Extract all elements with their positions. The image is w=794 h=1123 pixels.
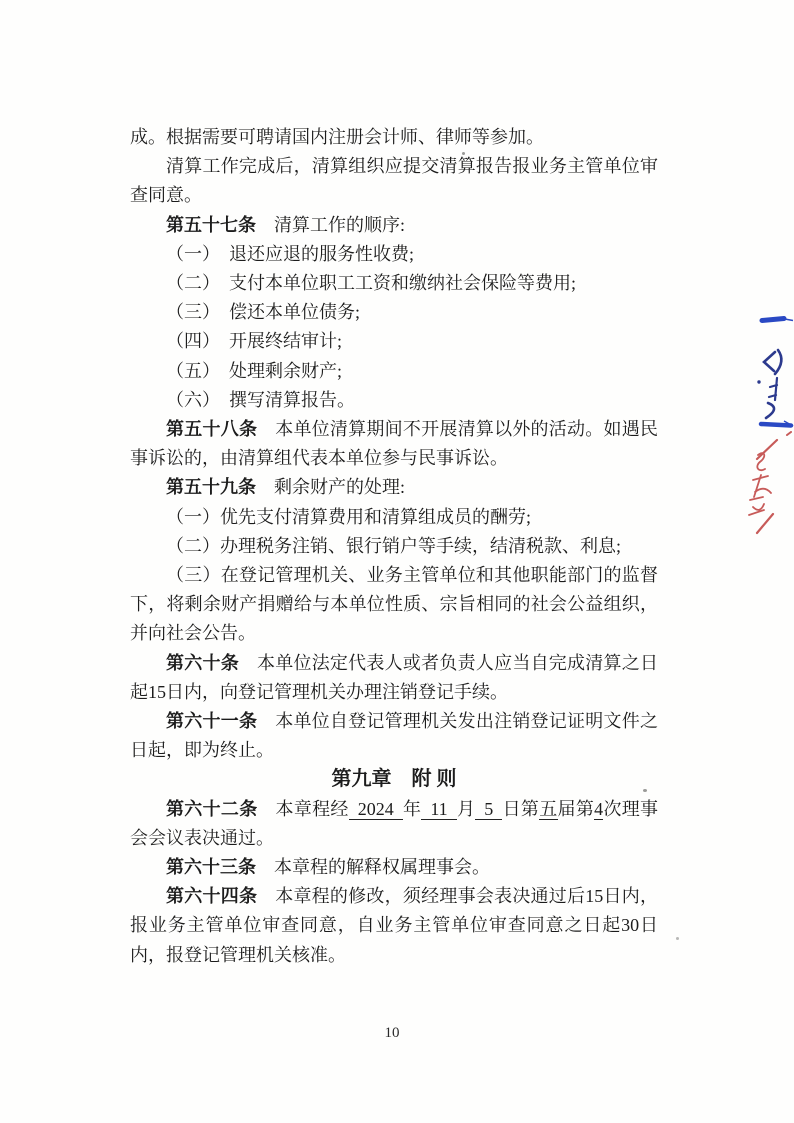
list-item: （六） 撰写清算报告。 [130, 386, 658, 415]
paragraph-article-63: 第六十三条本章程的解释权属理事会。 [130, 853, 658, 882]
article-number: 第六十四条 [166, 886, 275, 906]
scan-speck [462, 152, 465, 155]
list-item: （一）优先支付清算费用和清算组成员的酬劳; [130, 503, 658, 532]
list-item: （三）在登记管理机关、业务主管单位和其他职能部门的监督下，将剩余财产捐赠给与本单… [130, 561, 658, 649]
paragraph-text: 剩余财产的处理: [274, 477, 405, 497]
vote-day-value: 5 [475, 799, 502, 820]
blue-handwriting-stroke [764, 352, 775, 371]
paragraph-text: （一）优先支付清算费用和清算组成员的酬劳; [166, 507, 531, 527]
blue-pen-marks [757, 319, 793, 427]
paragraph-text: 本章程的解释权属理事会。 [274, 857, 490, 877]
paragraph-text: （三）在登记管理机关、业务主管单位和其他职能部门的监督下，将剩余财产捐赠给与本单… [130, 565, 658, 643]
paragraph-text: 清算工作的顺序: [274, 215, 405, 235]
margin-ink-marks [728, 308, 794, 548]
blue-handwriting-stroke [769, 378, 777, 400]
paragraph-text: （六） 撰写清算报告。 [166, 390, 355, 410]
paragraph-article-62: 第六十二条本章程经2024年11月5日第五届第4次理事会会议表决通过。 [130, 795, 658, 853]
blue-handwriting-stroke [775, 350, 781, 374]
paragraph-article-57: 第五十七条清算工作的顺序: [130, 211, 658, 240]
paragraph-text: 成。根据需要可聘请国内注册会计师、律师等参加。 [130, 127, 544, 147]
vote-year-value: 2024 [349, 799, 403, 820]
article-number: 第五十八条 [166, 419, 275, 439]
chapter-heading: 第九章 附 则 [130, 765, 658, 794]
red-handwriting-stroke [749, 497, 764, 515]
list-item: （二）办理税务注销、银行销户等手续，结清税款、利息; [130, 532, 658, 561]
paragraph: 清算工作完成后，清算组织应提交清算报告报业务主管单位审查同意。 [130, 152, 658, 210]
paragraph-text: （四） 开展终结审计; [166, 331, 342, 351]
vote-month-value: 11 [421, 799, 456, 820]
list-item: （四） 开展终结审计; [130, 327, 658, 356]
red-ink-marks [749, 432, 791, 533]
blue-dash-mark [761, 424, 791, 426]
list-item: （一） 退还应退的服务性收费; [130, 240, 658, 269]
council-session-value: 五 [539, 799, 557, 820]
red-handwriting-stroke [757, 440, 777, 459]
paragraph-article-61: 第六十一条本单位自登记管理机关发出注销登记证明文件之日起，即为终止。 [130, 707, 658, 765]
red-handwriting-stroke [757, 514, 773, 533]
red-handwriting-stroke [753, 475, 771, 497]
paragraph-text: 年 [403, 799, 422, 819]
meeting-number-value: 4 [594, 799, 603, 820]
document-page: 成。根据需要可聘请国内注册会计师、律师等参加。 清算工作完成后，清算组织应提交清… [0, 0, 794, 1123]
article-number: 第六十条 [166, 653, 257, 673]
scan-speck [643, 789, 647, 792]
scan-speck [676, 937, 679, 940]
paragraph-article-58: 第五十八条本单位清算期间不开展清算以外的活动。如遇民事诉讼的，由清算组代表本单位… [130, 415, 658, 473]
paragraph-text: （二） 支付本单位职工工资和缴纳社会保险等费用; [166, 273, 576, 293]
blue-handwriting-stroke [766, 403, 774, 418]
paragraph-text: （一） 退还应退的服务性收费; [166, 244, 414, 264]
blue-ink-dot [757, 380, 760, 383]
article-number: 第五十七条 [166, 215, 274, 235]
paragraph-text: （三） 偿还本单位债务; [166, 302, 360, 322]
document-body: 成。根据需要可聘请国内注册会计师、律师等参加。 清算工作完成后，清算组织应提交清… [130, 123, 658, 970]
red-ink-tick [787, 432, 791, 435]
paragraph: 成。根据需要可聘请国内注册会计师、律师等参加。 [130, 123, 658, 152]
paragraph-text: 日第 [502, 799, 539, 819]
paragraph-text: （五） 处理剩余财产; [166, 361, 342, 381]
paragraph-article-59: 第五十九条剩余财产的处理: [130, 473, 658, 502]
blue-dash-mark [762, 319, 784, 321]
paragraph-text: 清算工作完成后，清算组织应提交清算报告报业务主管单位审查同意。 [130, 156, 658, 205]
list-item: （五） 处理剩余财产; [130, 357, 658, 386]
article-number: 第六十三条 [166, 857, 274, 877]
article-number: 第六十一条 [166, 711, 275, 731]
page-number: 10 [0, 1025, 784, 1042]
list-item: （二） 支付本单位职工工资和缴纳社会保险等费用; [130, 269, 658, 298]
paragraph-text: （二）办理税务注销、银行销户等手续，结清税款、利息; [166, 536, 621, 556]
paragraph-article-64: 第六十四条本章程的修改，须经理事会表决通过后15日内，报业务主管单位审查同意，自… [130, 882, 658, 970]
list-item: （三） 偿还本单位债务; [130, 298, 658, 327]
paragraph-article-60: 第六十条本单位法定代表人或者负责人应当自完成清算之日起15日内，向登记管理机关办… [130, 649, 658, 707]
paragraph-text: 本章程经 [276, 799, 349, 819]
paragraph-text: 月 [457, 799, 476, 819]
paragraph-text: 届第 [558, 799, 595, 819]
article-number: 第六十二条 [166, 799, 276, 819]
article-number: 第五十九条 [166, 477, 274, 497]
